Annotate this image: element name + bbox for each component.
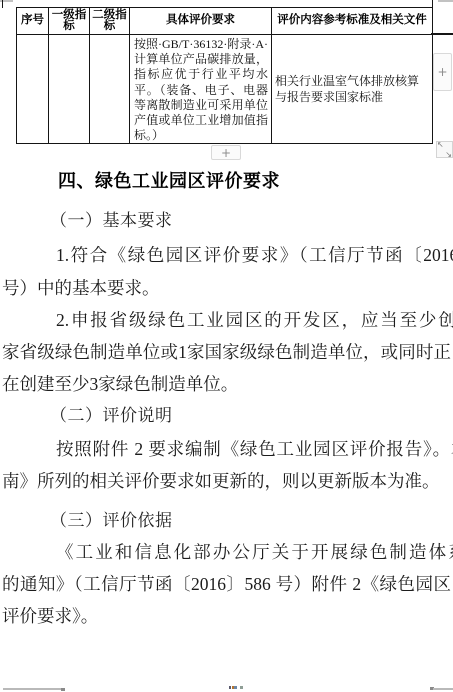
scrollbar-fragment-left[interactable] [3,688,61,690]
table-border-stub-left [2,0,4,8]
status-fragment [234,686,237,689]
table-row: 按照·GB/T·36132·附录·A·计算单位产品碳排放量，指标应优于行业平均水… [17,35,433,144]
header-reference: 评价内容参考标准及相关文件 [272,8,433,35]
paragraph-line: 的通知》（工信厅节函〔2016〕586 号）附件 2《绿色园区 [2,573,451,595]
resize-se-arrow-icon: ↘ [445,150,452,159]
subsection-heading: （三）评价依据 [2,510,453,532]
add-column-button[interactable]: + [433,53,452,91]
subsection-heading: （二）评价说明 [2,405,453,427]
plus-icon: + [437,66,447,78]
plus-icon: + [221,147,231,159]
paragraph-line: 南》所列的相关评价要求如更新的，则以更新版本为准。 [2,470,451,492]
paragraph-line: 1.符合《绿色园区评价要求》（工信厅节函〔2016〕586 [2,244,453,266]
evaluation-table: 序号 一级指标 二级指标 具体评价要求 评价内容参考标准及相关文件 按照·GB/… [16,7,433,144]
cell-level1 [49,35,90,144]
table-gridline-extension [431,33,453,35]
paragraph-line: 《工业和信息化部办公厅关于开展绿色制造体系建设 [2,541,453,563]
paragraph-line: 2.申报省级绿色工业园区的开发区，应当至少创建了3 [2,309,453,331]
header-level1: 一级指标 [49,8,90,35]
table-resize-handle[interactable]: ↖ ↘ [436,141,453,158]
header-requirement: 具体评价要求 [130,8,272,35]
table-header-row: 序号 一级指标 二级指标 具体评价要求 评价内容参考标准及相关文件 [17,8,433,35]
ruler-fragment-right [438,0,453,2]
resize-nw-arrow-icon: ↖ [437,140,444,149]
add-row-button[interactable]: + [211,145,241,160]
header-level2: 二级指标 [90,8,130,35]
paragraph-line: 家省级绿色制造单位或1家国家级绿色制造单位，或同时正 [2,341,451,363]
paragraph-line: 在创建至少3家绿色制造单位。 [2,373,451,395]
section-heading: 四、绿色工业园区评价要求 [2,171,453,193]
cell-reference: 相关行业温室气体排放核算与报告要求国家标准 [272,35,433,144]
paragraph-line: 按照附件 2 要求编制《绿色工业园区评价报告》。本《指 [2,438,453,460]
subsection-heading: （一）基本要求 [2,210,453,232]
cell-requirement: 按照·GB/T·36132·附录·A·计算单位产品碳排放量，指标应优于行业平均水… [130,35,272,144]
document-page: 序号 一级指标 二级指标 具体评价要求 评价内容参考标准及相关文件 按照·GB/… [0,0,453,692]
cell-seq [17,35,49,144]
scrollbar-fragment-right[interactable] [433,688,453,690]
header-seq: 序号 [17,8,49,35]
paragraph-line: 号）中的基本要求。 [2,277,451,299]
paragraph-line: 评价要求》。 [2,605,451,627]
cell-level2 [90,35,130,144]
status-fragment [240,686,243,689]
scrollbar-cap-left[interactable] [61,688,65,691]
